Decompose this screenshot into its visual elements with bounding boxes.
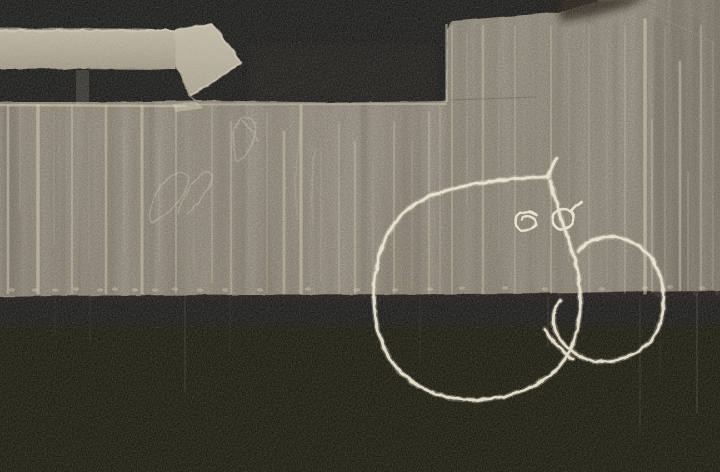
photograph <box>0 0 720 472</box>
photo-canvas <box>0 0 720 472</box>
